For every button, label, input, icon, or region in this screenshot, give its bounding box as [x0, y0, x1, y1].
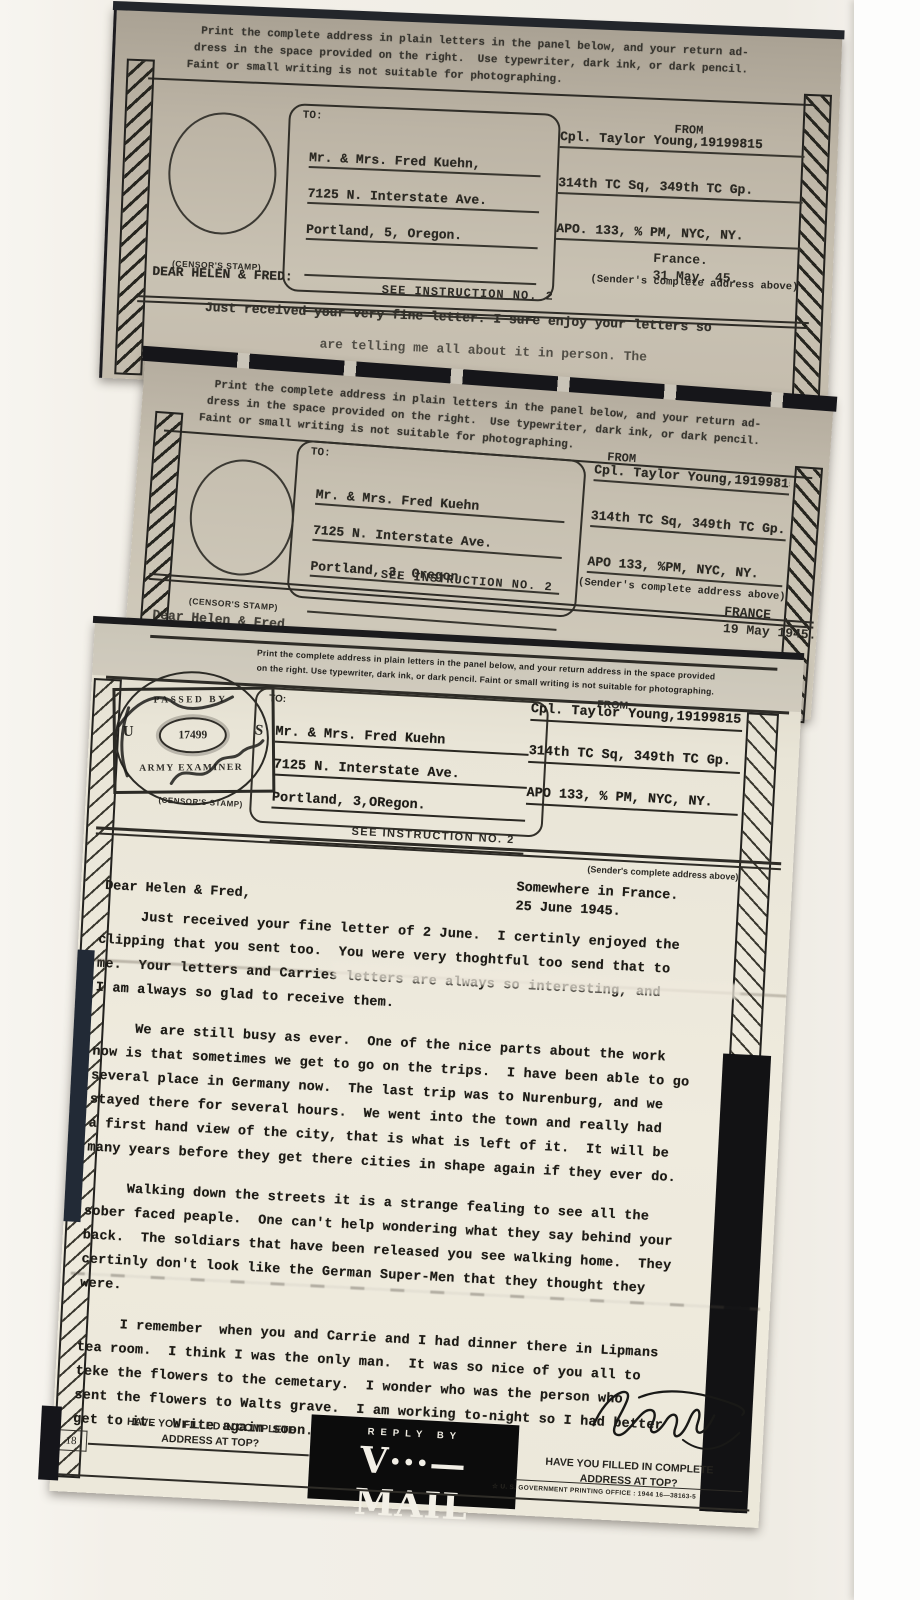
to-label: TO: — [310, 446, 331, 459]
army-censor-stamp: PASSED BY U S 17499 ARMY EXAMINER — [112, 687, 273, 792]
to-address-panel: TO: Mr. & Mrs. Fred Kuehn 7125 N. Inters… — [249, 687, 550, 838]
hatch-border-left — [114, 59, 155, 376]
letter-body-line: are telling me all about it in person. T… — [319, 337, 647, 365]
to-label: TO: — [269, 693, 287, 705]
photo-corner-shadow — [38, 1406, 62, 1481]
dateline: FRANCE 19 May 1945. — [722, 603, 818, 644]
form-instructions: Print the complete address in plain lett… — [186, 23, 778, 98]
dateline: France. 31 May. 45. — [652, 250, 739, 287]
from-address-line: APO. 133, % PM, NYC, NY. — [556, 194, 803, 250]
letter-paragraph: Walking down the streets it is a strange… — [80, 1176, 729, 1330]
to-label: TO: — [303, 110, 323, 123]
handwritten-signature — [582, 1373, 756, 1467]
vmail-letter-top: Print the complete address in plain lett… — [99, 6, 842, 407]
dateline: Somewhere in France. 25 June 1945. — [515, 878, 679, 924]
letter-paragraph: We are still busy as ever. One of the ni… — [87, 1017, 738, 1195]
vmail-letter-bottom: Print the complete address in plain lett… — [49, 620, 804, 1528]
to-address-panel: TO: Mr. & Mrs. Fred Kuehn, 7125 N. Inter… — [282, 103, 561, 302]
censor-stamp-circle — [166, 110, 279, 236]
salutation: Dear Helen & Fred, — [105, 879, 251, 902]
scan-background-strip — [854, 0, 920, 1600]
censor-stamp-circle — [186, 456, 298, 579]
scanned-vmail-letters-photo: Print the complete address in plain lett… — [0, 0, 920, 1600]
